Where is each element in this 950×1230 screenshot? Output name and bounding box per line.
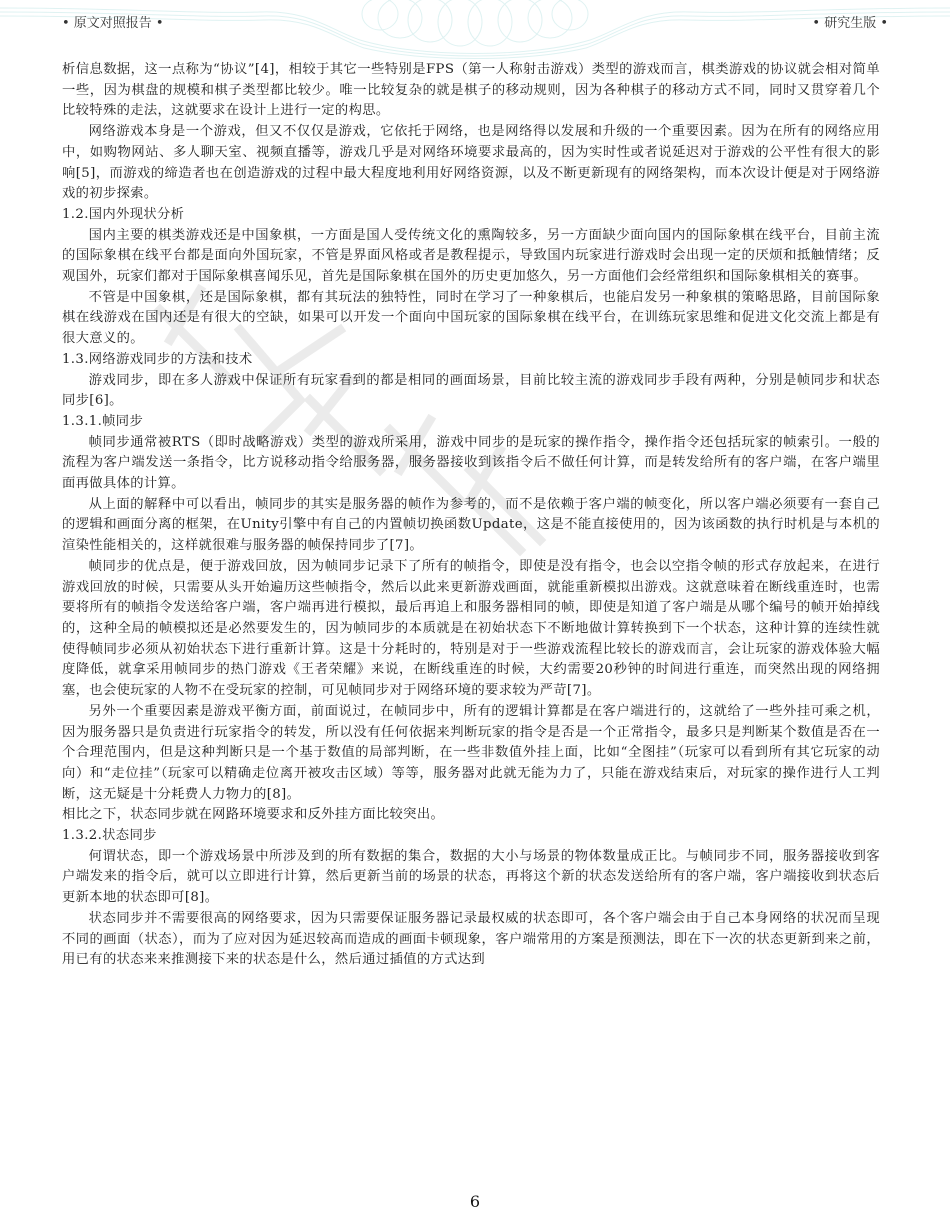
paragraph: 从上面的解释中可以看出，帧同步的其实是服务器的帧作为参考的，而不是依赖于客户端的… bbox=[62, 495, 880, 557]
header-right-label: • 研究生版 • bbox=[812, 12, 888, 31]
subsection-heading: 1.3.2.状态同步 bbox=[62, 826, 880, 847]
paragraph: 帧同步通常被RTS（即时战略游戏）类型的游戏所采用，游戏中同步的是玩家的操作指令… bbox=[62, 433, 880, 495]
page-header: • 原文对照报告 • • 研究生版 • bbox=[62, 10, 888, 32]
page-number: 6 bbox=[0, 1192, 950, 1211]
subsection-heading: 1.3.1.帧同步 bbox=[62, 412, 880, 433]
paragraph: 状态同步并不需要很高的网络要求，因为只需要保证服务器记录最权威的状态即可，各个客… bbox=[62, 909, 880, 971]
paragraph: 国内主要的棋类游戏还是中国象棋，一方面是国人受传统文化的熏陶较多，另一方面缺少面… bbox=[62, 226, 880, 288]
header-left-label: • 原文对照报告 • bbox=[62, 12, 164, 31]
paragraph: 帧同步的优点是，便于游戏回放，因为帧同步记录下了所有的帧指令，即使是没有指令，也… bbox=[62, 557, 880, 702]
paragraph: 另外一个重要因素是游戏平衡方面，前面说过，在帧同步中，所有的逻辑计算都是在客户端… bbox=[62, 702, 880, 806]
paragraph: 游戏同步，即在多人游戏中保证所有玩家看到的都是相同的画面场景，目前比较主流的游戏… bbox=[62, 371, 880, 412]
paragraph: 相比之下，状态同步就在网路环境要求和反外挂方面比较突出。 bbox=[62, 805, 880, 826]
paragraph: 不管是中国象棋，还是国际象棋，都有其玩法的独特性，同时在学习了一种象棋后，也能启… bbox=[62, 288, 880, 350]
paragraph: 析信息数据，这一点称为“协议”[4]，相较于其它一些特别是FPS（第一人称射击游… bbox=[62, 60, 880, 122]
paragraph: 何谓状态，即一个游戏场景中所涉及到的所有数据的集合，数据的大小与场景的物体数量成… bbox=[62, 847, 880, 909]
section-heading: 1.2.国内外现状分析 bbox=[62, 205, 880, 226]
section-heading: 1.3.网络游戏同步的方法和技术 bbox=[62, 350, 880, 371]
paragraph: 网络游戏本身是一个游戏，但又不仅仅是游戏，它依托于网络，也是网络得以发展和升级的… bbox=[62, 122, 880, 205]
document-body: 析信息数据，这一点称为“协议”[4]，相较于其它一些特别是FPS（第一人称射击游… bbox=[62, 60, 880, 971]
